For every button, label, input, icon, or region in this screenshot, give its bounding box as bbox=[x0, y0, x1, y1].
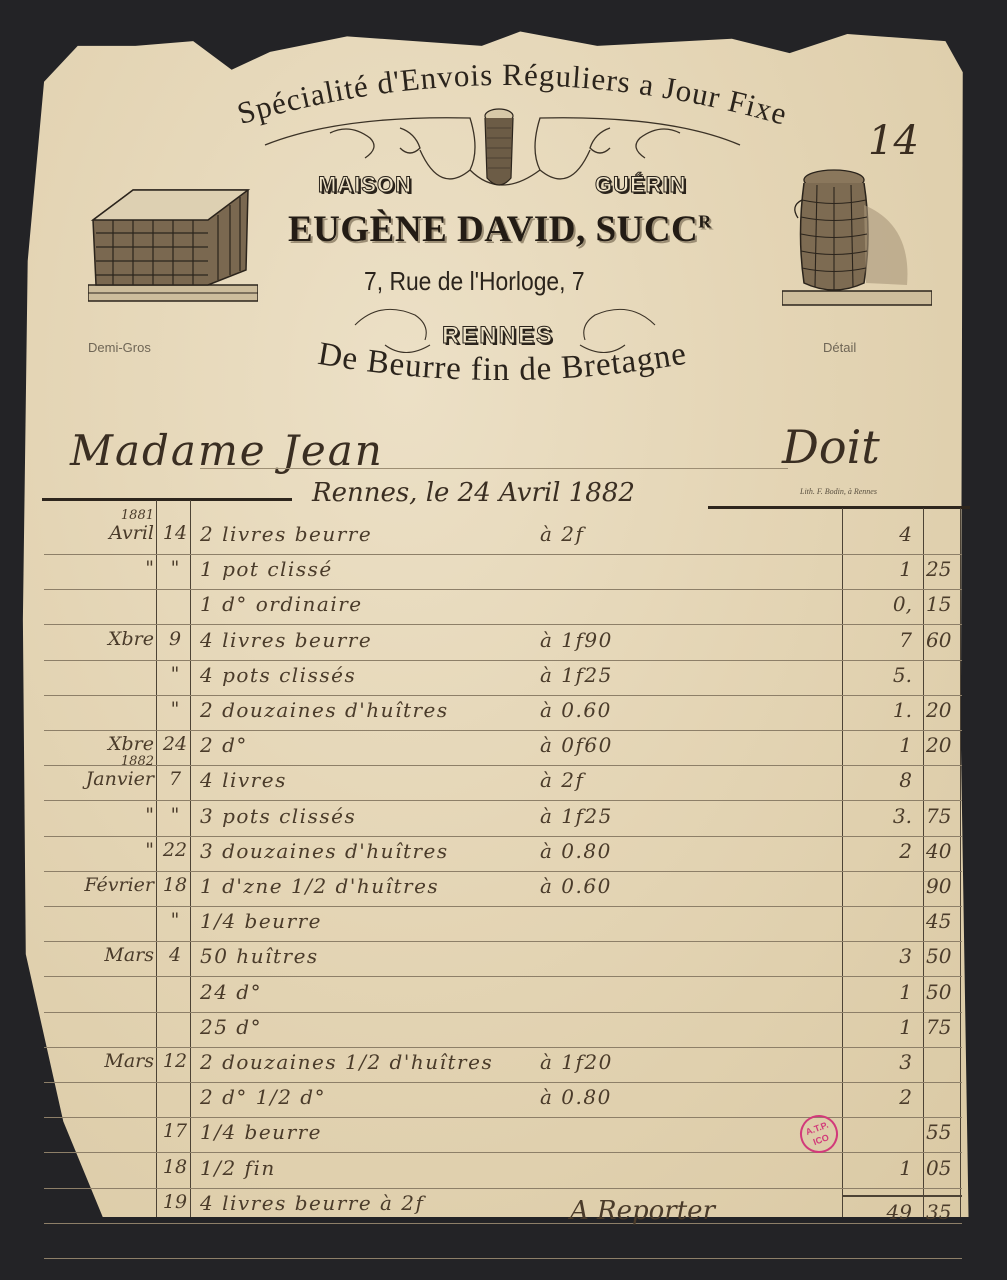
row-day: 12 bbox=[160, 1050, 190, 1072]
doit-label: Doit bbox=[782, 420, 880, 474]
row-day: 4 bbox=[160, 944, 190, 966]
row-amount-francs: 8 bbox=[846, 768, 912, 792]
row-amount-centimes: 50 bbox=[926, 944, 960, 968]
row-day: " bbox=[160, 698, 190, 720]
row-amount-centimes: 50 bbox=[926, 980, 960, 1004]
row-description: 50 huîtres bbox=[200, 944, 319, 968]
row-day: " bbox=[160, 663, 190, 685]
ledger-ruled-line bbox=[44, 1012, 962, 1013]
row-month: " bbox=[42, 557, 154, 579]
carry-forward-label: A Reporter bbox=[570, 1196, 715, 1226]
row-amount-centimes: 20 bbox=[926, 698, 960, 722]
row-amount-francs: 5. bbox=[846, 663, 912, 687]
row-month: " bbox=[42, 839, 154, 861]
row-day: 17 bbox=[160, 1120, 190, 1142]
proprietor-name: EUGÈNE DAVID, SUCCR bbox=[288, 208, 712, 251]
row-day: 9 bbox=[160, 628, 190, 650]
row-description: 4 livres beurre à 2f bbox=[200, 1191, 424, 1215]
row-description: 4 livres bbox=[200, 768, 287, 792]
row-amount-centimes: 45 bbox=[926, 909, 960, 933]
row-day: 18 bbox=[160, 1156, 190, 1178]
row-amount-francs: 1 bbox=[846, 1156, 912, 1180]
row-unit-price: à 0.60 bbox=[540, 874, 612, 898]
row-unit-price: à 0.60 bbox=[540, 698, 612, 722]
row-amount-francs: 4 bbox=[846, 522, 912, 546]
row-month: Janvier bbox=[42, 768, 154, 790]
row-amount-francs: 7 bbox=[846, 628, 912, 652]
carry-forward-centimes: 35 bbox=[926, 1200, 960, 1224]
row-amount-centimes: 75 bbox=[926, 1015, 960, 1039]
row-description: 2 d° bbox=[200, 733, 248, 757]
row-day: 7 bbox=[160, 768, 190, 790]
customer-underline bbox=[200, 468, 788, 469]
row-amount-centimes: 75 bbox=[926, 804, 960, 828]
printer-credit: Lith. F. Bodin, à Rennes bbox=[800, 487, 877, 496]
ledger-ruled-line bbox=[44, 1047, 962, 1048]
column-line-day bbox=[190, 500, 191, 1217]
ledger-ruled-line bbox=[44, 800, 962, 801]
row-amount-francs: 2 bbox=[846, 839, 912, 863]
guerin-label: GUÉRIN bbox=[595, 172, 687, 198]
ledger-ruled-line bbox=[44, 1223, 962, 1224]
row-unit-price: à 2f bbox=[540, 768, 584, 792]
row-day: " bbox=[160, 909, 190, 931]
ledger-ruled-line bbox=[44, 660, 962, 661]
header-rule-left bbox=[42, 498, 292, 501]
row-description: 1/4 beurre bbox=[200, 909, 322, 933]
row-amount-centimes: 90 bbox=[926, 874, 960, 898]
butter-jar-illustration bbox=[483, 108, 515, 193]
row-amount-francs: 1 bbox=[846, 557, 912, 581]
ledger-ruled-line bbox=[44, 976, 962, 977]
ledger-ruled-line bbox=[44, 1082, 962, 1083]
row-day: 19 bbox=[160, 1191, 190, 1213]
row-description: 2 d° 1/2 d° bbox=[200, 1085, 326, 1109]
row-description: 1/4 beurre bbox=[200, 1120, 322, 1144]
row-unit-price: à 0.80 bbox=[540, 839, 612, 863]
row-amount-francs: 2 bbox=[846, 1085, 912, 1109]
row-month: Février bbox=[42, 874, 154, 896]
row-unit-price: à 1f90 bbox=[540, 628, 613, 652]
maison-label: MAISON bbox=[318, 172, 412, 198]
ledger-ruled-line bbox=[44, 554, 962, 555]
row-month: Mars bbox=[42, 944, 154, 966]
row-unit-price: à 0.80 bbox=[540, 1085, 612, 1109]
row-month: Xbre bbox=[42, 733, 154, 755]
ledger-ruled-line bbox=[44, 1258, 962, 1259]
row-description: 25 d° bbox=[200, 1015, 262, 1039]
row-amount-francs: 3 bbox=[846, 1050, 912, 1074]
carry-forward-francs: 49 bbox=[846, 1200, 912, 1224]
row-description: 1 pot clissé bbox=[200, 557, 333, 581]
ledger-ruled-line bbox=[44, 624, 962, 625]
total-rule bbox=[842, 1195, 962, 1197]
row-description: 3 pots clissés bbox=[200, 804, 356, 828]
row-amount-centimes: 40 bbox=[926, 839, 960, 863]
row-amount-francs: 1 bbox=[846, 733, 912, 757]
ledger-ruled-line bbox=[44, 730, 962, 731]
row-description: 1/2 fin bbox=[200, 1156, 276, 1180]
row-amount-francs: 0, bbox=[846, 592, 912, 616]
row-unit-price: à 1f25 bbox=[540, 804, 613, 828]
ledger-ruled-line bbox=[44, 695, 962, 696]
row-amount-centimes: 55 bbox=[926, 1120, 960, 1144]
row-amount-francs: 1 bbox=[846, 980, 912, 1004]
row-amount-centimes: 25 bbox=[926, 557, 960, 581]
row-description: 4 pots clissés bbox=[200, 663, 356, 687]
ledger-ruled-line bbox=[44, 589, 962, 590]
row-description: 1 d° ordinaire bbox=[200, 592, 363, 616]
row-unit-price: à 1f20 bbox=[540, 1050, 613, 1074]
row-day: " bbox=[160, 557, 190, 579]
row-unit-price: à 1f25 bbox=[540, 663, 613, 687]
row-description: 24 d° bbox=[200, 980, 262, 1004]
row-day: 14 bbox=[160, 522, 190, 544]
proprietor-superscript: R bbox=[698, 212, 712, 232]
row-amount-centimes: 15 bbox=[926, 592, 960, 616]
row-day: 24 bbox=[160, 733, 190, 755]
detail-label: Détail bbox=[823, 340, 856, 355]
column-line-francs bbox=[923, 508, 924, 1217]
row-description: 2 livres beurre bbox=[200, 522, 372, 546]
city-label: RENNES bbox=[442, 322, 554, 350]
row-amount-francs: 3. bbox=[846, 804, 912, 828]
column-line-date bbox=[156, 500, 157, 1217]
header-rule-right bbox=[708, 506, 970, 509]
row-description: 2 douzaines d'huîtres bbox=[200, 698, 449, 722]
row-description: 2 douzaines 1/2 d'huîtres bbox=[200, 1050, 493, 1074]
row-month: Avril bbox=[42, 522, 154, 544]
row-amount-francs: 1 bbox=[846, 1015, 912, 1039]
ledger-ruled-line bbox=[44, 1188, 962, 1189]
proprietor-text: EUGÈNE DAVID, SUCC bbox=[288, 209, 698, 250]
row-description: 4 livres beurre bbox=[200, 628, 372, 652]
shop-address: 7, Rue de l'Horloge, 7 bbox=[364, 266, 585, 297]
row-month: Xbre bbox=[42, 628, 154, 650]
demi-gros-label: Demi-Gros bbox=[88, 340, 151, 355]
row-description: 3 douzaines d'huîtres bbox=[200, 839, 449, 863]
ledger-ruled-line bbox=[44, 765, 962, 766]
row-unit-price: à 0f60 bbox=[540, 733, 613, 757]
row-amount-centimes: 05 bbox=[926, 1156, 960, 1180]
ledger-ruled-line bbox=[44, 871, 962, 872]
row-year-note: 1882 bbox=[42, 754, 154, 769]
place-date: Rennes, le 24 Avril 1882 bbox=[312, 478, 635, 508]
ledger-ruled-line bbox=[44, 836, 962, 837]
ledger-ruled-line bbox=[44, 941, 962, 942]
row-amount-francs: 1. bbox=[846, 698, 912, 722]
row-unit-price: à 2f bbox=[540, 522, 584, 546]
row-description: 1 d'zne 1/2 d'huîtres bbox=[200, 874, 439, 898]
row-month: " bbox=[42, 804, 154, 826]
row-year-note: 1881 bbox=[42, 508, 154, 523]
row-month: Mars bbox=[42, 1050, 154, 1072]
ledger-ruled-line bbox=[44, 906, 962, 907]
row-amount-francs: 3 bbox=[846, 944, 912, 968]
rectangular-basket-illustration bbox=[88, 175, 258, 310]
column-line-right bbox=[960, 508, 961, 1217]
row-day: 18 bbox=[160, 874, 190, 896]
round-basket-illustration bbox=[782, 165, 932, 310]
column-line-amount bbox=[842, 508, 843, 1217]
row-day: 22 bbox=[160, 839, 190, 861]
row-amount-centimes: 60 bbox=[926, 628, 960, 652]
row-day: " bbox=[160, 804, 190, 826]
row-amount-centimes: 20 bbox=[926, 733, 960, 757]
